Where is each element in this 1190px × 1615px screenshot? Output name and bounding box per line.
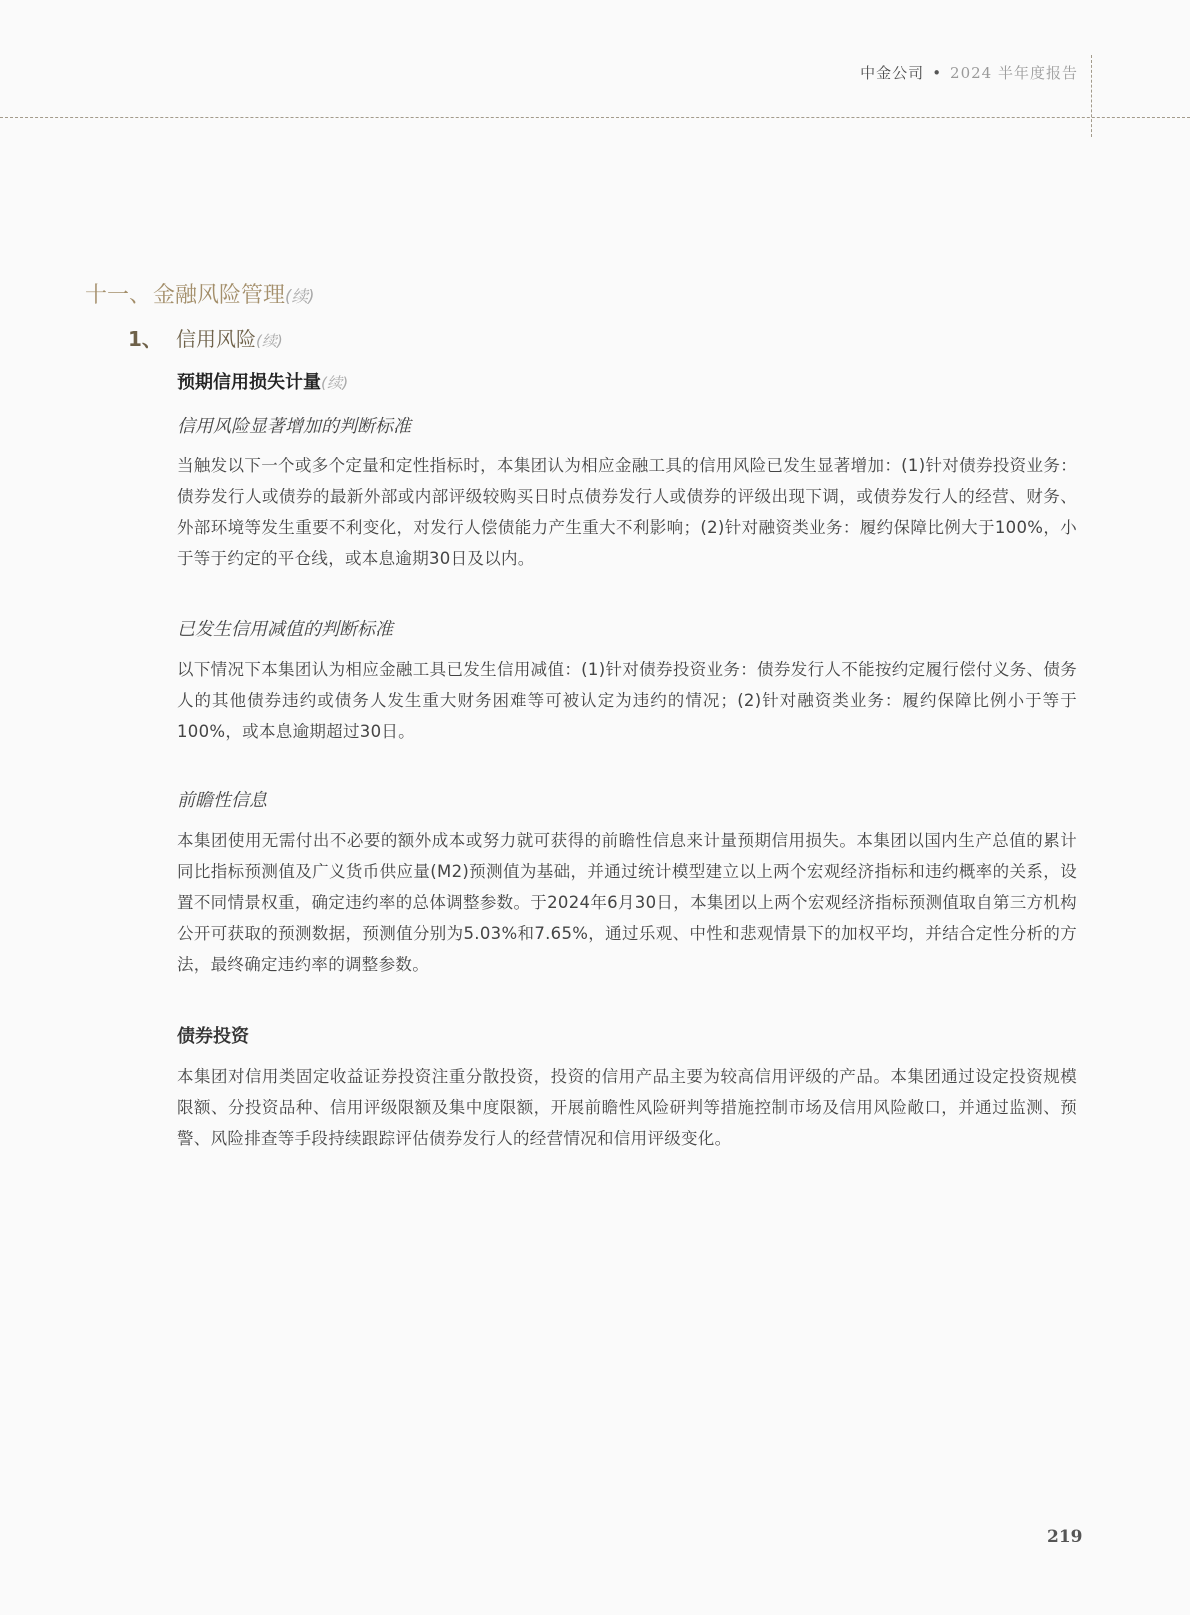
heading-sicr-criteria: 信用风险显著增加的判断标准 <box>177 412 411 438</box>
running-header: 中金公司•2024 半年度报告 <box>860 62 1078 83</box>
page-number: 219 <box>1047 1527 1083 1547</box>
separator-dot: • <box>932 64 942 82</box>
company-name: 中金公司 <box>860 64 924 82</box>
continued-label: (续) <box>256 332 283 350</box>
subsection-heading: 1、信用风险(续) <box>128 323 283 352</box>
topic-title: 预期信用损失计量 <box>177 372 321 393</box>
header-vertical-divider <box>1091 55 1092 137</box>
continued-label: (续) <box>321 374 348 392</box>
continued-label: (续) <box>285 287 314 306</box>
paragraph-bond-investment: 本集团对信用类固定收益证券投资注重分散投资，投资的信用产品主要为较高信用评级的产… <box>177 1061 1077 1154</box>
subsection-title: 信用风险 <box>176 327 256 351</box>
report-title: 2024 半年度报告 <box>950 64 1078 82</box>
subsection-number: 1、 <box>128 323 176 352</box>
paragraph-credit-impaired-criteria: 以下情况下本集团认为相应金融工具已发生信用减值：(1)针对债券投资业务：债券发行… <box>177 654 1077 747</box>
heading-bond-investment: 债券投资 <box>177 1022 249 1048</box>
paragraph-forward-looking-info: 本集团使用无需付出不必要的额外成本或努力就可获得的前瞻性信息来计量预期信用损失。… <box>177 825 1077 980</box>
paragraph-sicr-criteria: 当触发以下一个或多个定量和定性指标时，本集团认为相应金融工具的信用风险已发生显著… <box>177 450 1077 574</box>
section-number: 十一、 <box>85 283 151 308</box>
section-heading: 十一、金融风险管理(续) <box>85 278 314 309</box>
topic-heading: 预期信用损失计量(续) <box>177 368 348 394</box>
section-title: 金融风险管理 <box>153 283 285 308</box>
heading-forward-looking-info: 前瞻性信息 <box>177 786 267 812</box>
header-divider <box>0 117 1190 118</box>
heading-credit-impaired-criteria: 已发生信用减值的判断标准 <box>177 615 393 641</box>
